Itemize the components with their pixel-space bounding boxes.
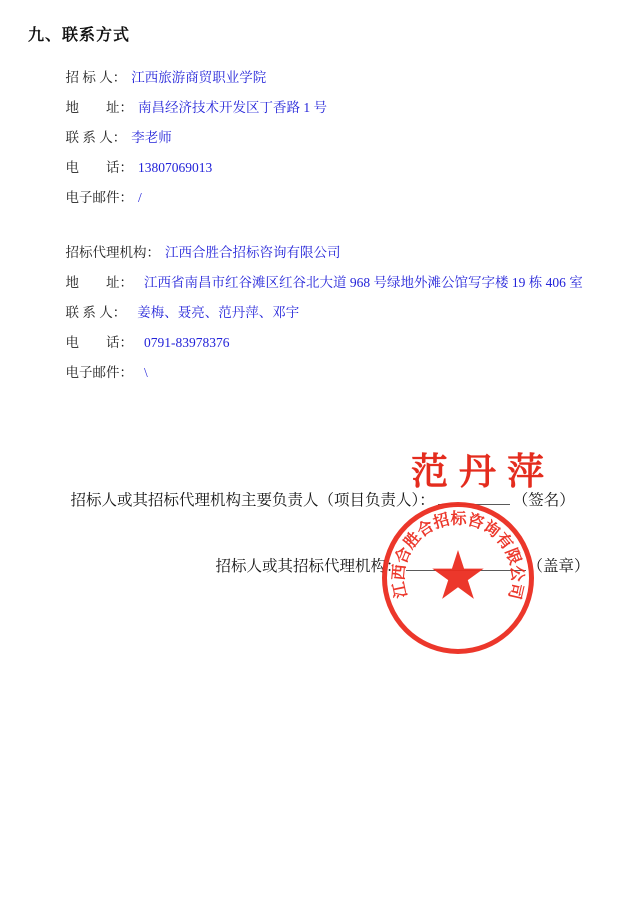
- seal-star: [432, 550, 483, 599]
- document-page: 九、联系方式 招 标 人：江西旅游商贸职业学院 地 址：南昌经济技术开发区丁香路…: [0, 0, 635, 920]
- section-heading: 九、联系方式: [28, 22, 130, 45]
- agency-row-email: 电子邮件：\: [52, 349, 148, 397]
- field-label: 电子邮件：: [66, 190, 134, 205]
- field-value: 0791-83978376: [133, 335, 230, 350]
- field-value: \: [133, 365, 148, 380]
- contact-row-email: 电子邮件：/: [52, 174, 142, 222]
- field-label: 电 话：: [66, 335, 134, 350]
- field-label: 联 系 人：: [66, 130, 127, 145]
- field-value: 李老师: [126, 130, 172, 145]
- field-value: 江西合胜合招标咨询有限公司: [160, 245, 341, 260]
- field-value: 南昌经济技术开发区丁香路 1 号: [133, 100, 327, 115]
- field-label: 招标代理机构：: [66, 245, 161, 260]
- field-value: 姜梅、聂亮、范丹萍、邓宇: [126, 305, 299, 320]
- field-value: 江西省南昌市红谷滩区红谷北大道 968 号绿地外滩公馆写字楼 19 栋 406 …: [133, 275, 583, 290]
- field-label: 电 话：: [66, 160, 134, 175]
- field-value: 13807069013: [133, 160, 212, 175]
- company-seal: 江西合胜合招标咨询有限公司: [373, 493, 543, 663]
- field-label: 招 标 人：: [66, 70, 127, 85]
- field-label: 地 址：: [66, 100, 134, 115]
- field-value: 江西旅游商贸职业学院: [126, 70, 266, 85]
- handwritten-signature: 范丹萍: [411, 441, 555, 495]
- field-value: /: [133, 190, 142, 205]
- field-label: 联 系 人：: [66, 305, 127, 320]
- field-label: 地 址：: [66, 275, 134, 290]
- field-label: 电子邮件：: [66, 365, 134, 380]
